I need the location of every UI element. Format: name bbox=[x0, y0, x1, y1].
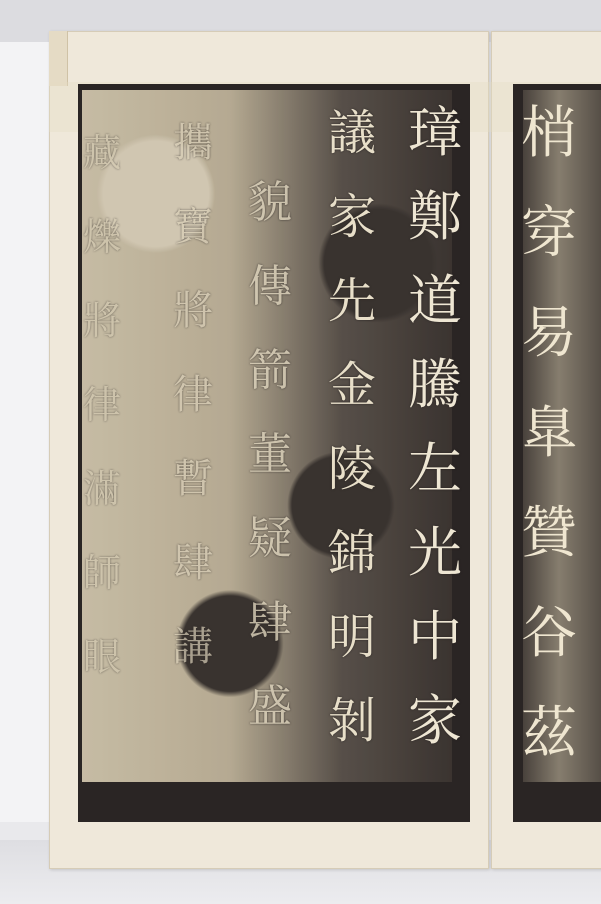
character: 金 bbox=[328, 346, 376, 424]
character: 講 bbox=[173, 608, 213, 686]
character: 師 bbox=[83, 534, 121, 612]
character: 錦 bbox=[328, 514, 376, 592]
character: 董 bbox=[248, 416, 292, 494]
character: 左 bbox=[408, 430, 462, 508]
character: 先 bbox=[328, 262, 376, 340]
character: 暫 bbox=[173, 440, 213, 518]
character: 滿 bbox=[83, 450, 121, 528]
character: 議 bbox=[328, 94, 376, 172]
character: 寶 bbox=[173, 188, 213, 266]
inscription-column-4: 攜 寶 將 律 暫 肆 講 bbox=[173, 104, 213, 686]
character: 茲 bbox=[521, 684, 577, 784]
character: 騰 bbox=[408, 346, 462, 424]
character: 璋 bbox=[408, 94, 462, 172]
character: 鄭 bbox=[408, 178, 462, 256]
character: 肆 bbox=[173, 524, 213, 602]
character: 爍 bbox=[83, 198, 121, 276]
character: 家 bbox=[408, 682, 462, 760]
inscription-column-1: 璋 鄭 道 騰 左 光 中 家 bbox=[408, 94, 462, 760]
character: 藏 bbox=[83, 114, 121, 192]
character: 律 bbox=[173, 356, 213, 434]
character: 將 bbox=[173, 272, 213, 350]
inscription-column-3: 貌 傳 箭 董 疑 肆 盛 bbox=[248, 164, 292, 746]
character: 中 bbox=[408, 598, 462, 676]
character: 眼 bbox=[83, 618, 121, 696]
rubbing-bottom-border bbox=[513, 782, 601, 822]
character: 贊 bbox=[521, 484, 577, 584]
background-left bbox=[0, 42, 50, 822]
character: 易 bbox=[521, 284, 577, 384]
character: 肆 bbox=[248, 584, 292, 662]
character: 傳 bbox=[248, 248, 292, 326]
character: 臯 bbox=[521, 384, 577, 484]
inscription-column-2: 議 家 先 金 陵 錦 明 剝 bbox=[328, 94, 376, 760]
inscription-column-right: 梢 穿 易 臯 贊 谷 茲 bbox=[521, 84, 577, 784]
character: 谷 bbox=[521, 584, 577, 684]
character: 道 bbox=[408, 262, 462, 340]
character: 疑 bbox=[248, 500, 292, 578]
character: 光 bbox=[408, 514, 462, 592]
character: 盛 bbox=[248, 668, 292, 746]
character: 陵 bbox=[328, 430, 376, 508]
left-rubbing-panel: 璋 鄭 道 騰 左 光 中 家 議 家 先 金 陵 錦 明 剝 貌 傳 箭 董 … bbox=[78, 84, 470, 822]
character: 攜 bbox=[173, 104, 213, 182]
character: 箭 bbox=[248, 332, 292, 410]
inscription-column-5: 藏 爍 將 律 滿 師 眼 bbox=[83, 114, 121, 696]
right-rubbing-panel: 梢 穿 易 臯 贊 谷 茲 bbox=[513, 84, 601, 822]
character: 律 bbox=[83, 366, 121, 444]
character: 梢 bbox=[521, 84, 577, 184]
rubbing-bottom-border bbox=[78, 782, 470, 822]
character: 將 bbox=[83, 282, 121, 360]
character: 貌 bbox=[248, 164, 292, 242]
character: 穿 bbox=[521, 184, 577, 284]
page-fold bbox=[49, 31, 68, 86]
character: 剝 bbox=[328, 682, 376, 760]
character: 家 bbox=[328, 178, 376, 256]
character: 明 bbox=[328, 598, 376, 676]
